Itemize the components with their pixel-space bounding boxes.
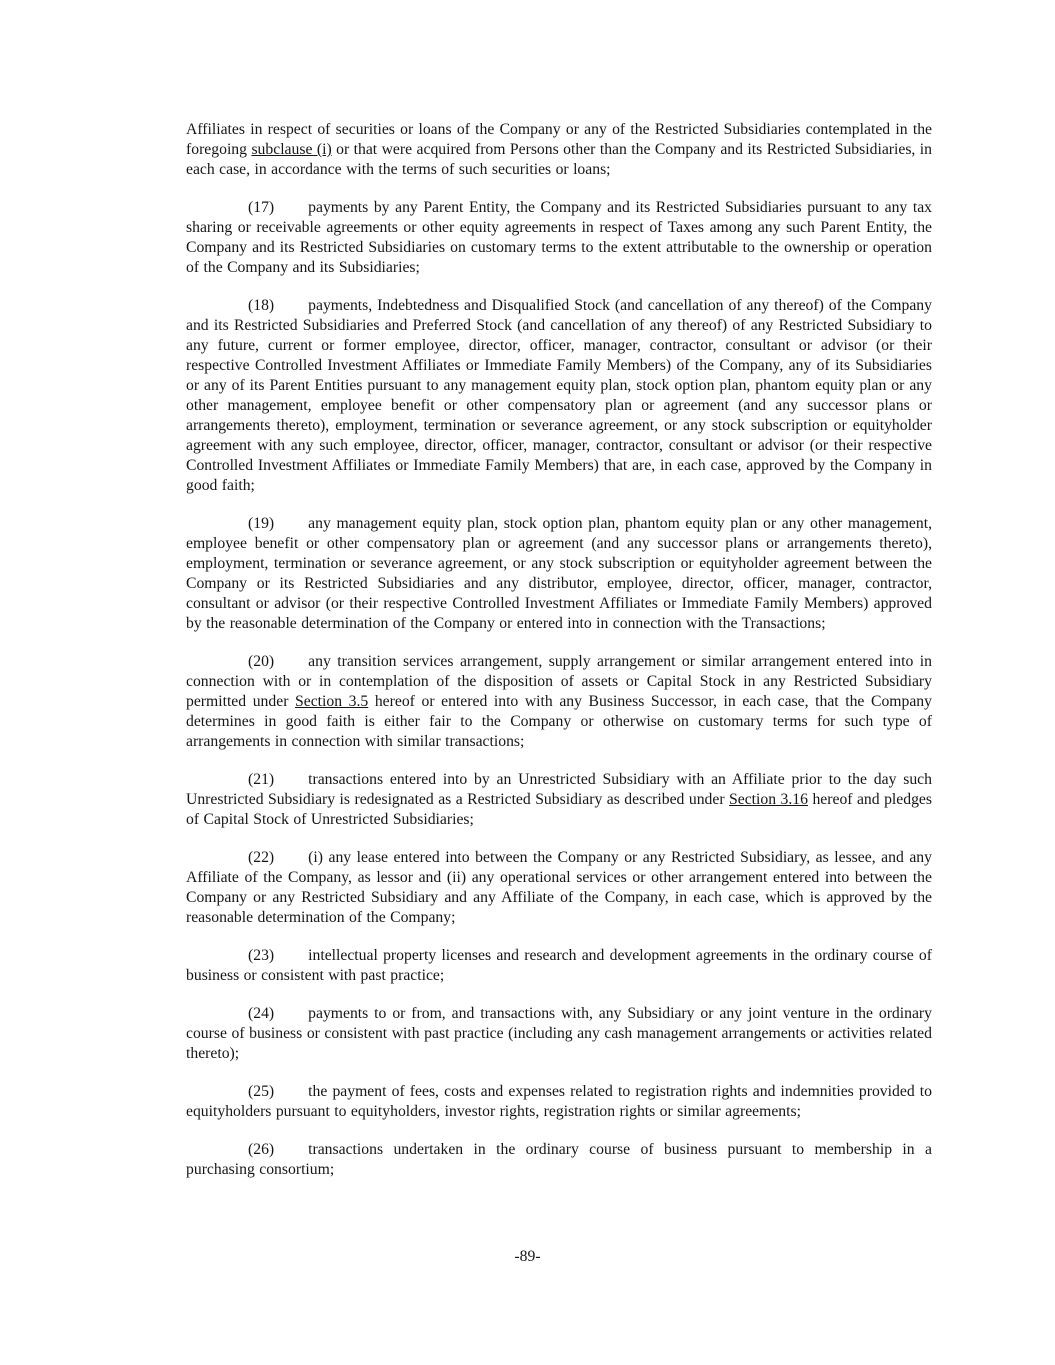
- document-body: Affiliates in respect of securities or l…: [186, 120, 932, 1198]
- document-paragraph: (26)transactions undertaken in the ordin…: [186, 1140, 932, 1180]
- paragraph-text: the payment of fees, costs and expenses …: [186, 1083, 932, 1120]
- section-3-5-reference: Section 3.5: [295, 693, 368, 710]
- document-paragraph: (25)the payment of fees, costs and expen…: [186, 1082, 932, 1122]
- document-paragraph: (22)(i) any lease entered into between t…: [186, 848, 932, 928]
- document-paragraph: (20)any transition services arrangement,…: [186, 652, 932, 752]
- paragraph-number: (25): [248, 1083, 274, 1100]
- paragraph-number: (23): [248, 947, 274, 964]
- paragraph-text: transactions entered into by an Unrestri…: [186, 771, 932, 828]
- paragraph-text: intellectual property licenses and resea…: [186, 947, 932, 984]
- page-number: -89-: [0, 1247, 1055, 1267]
- paragraph-number: (26): [248, 1141, 274, 1158]
- paragraph-text: any transition services arrangement, sup…: [186, 653, 932, 750]
- text-run: (i) any lease entered into between the C…: [186, 849, 932, 926]
- text-run: transactions undertaken in the ordinary …: [186, 1141, 932, 1178]
- paragraph-text: any management equity plan, stock option…: [186, 515, 932, 632]
- text-run: payments by any Parent Entity, the Compa…: [186, 199, 932, 276]
- paragraph-number: (24): [248, 1005, 274, 1022]
- subclause-i-reference: subclause (i): [251, 141, 331, 158]
- text-run: payments, Indebtedness and Disqualified …: [186, 297, 932, 494]
- paragraph-text: payments to or from, and transactions wi…: [186, 1005, 932, 1062]
- text-run: payments to or from, and transactions wi…: [186, 1005, 932, 1062]
- paragraph-number: (22): [248, 849, 274, 866]
- document-paragraph: (19)any management equity plan, stock op…: [186, 514, 932, 634]
- paragraph-text: transactions undertaken in the ordinary …: [186, 1141, 932, 1178]
- paragraph-number: (20): [248, 653, 274, 670]
- paragraph-text: Affiliates in respect of securities or l…: [186, 121, 932, 178]
- paragraph-text: (i) any lease entered into between the C…: [186, 849, 932, 926]
- document-paragraph: (18)payments, Indebtedness and Disqualif…: [186, 296, 932, 496]
- section-3-16-reference: Section 3.16: [729, 791, 808, 808]
- text-run: intellectual property licenses and resea…: [186, 947, 932, 984]
- document-paragraph: (24)payments to or from, and transaction…: [186, 1004, 932, 1064]
- paragraph-number: (18): [248, 297, 274, 314]
- text-run: any management equity plan, stock option…: [186, 515, 932, 632]
- paragraph-number: (17): [248, 199, 274, 216]
- document-page: Affiliates in respect of securities or l…: [0, 0, 1055, 1365]
- document-paragraph: Affiliates in respect of securities or l…: [186, 120, 932, 180]
- paragraph-text: payments, Indebtedness and Disqualified …: [186, 297, 932, 494]
- paragraph-number: (21): [248, 771, 274, 788]
- document-paragraph: (17)payments by any Parent Entity, the C…: [186, 198, 932, 278]
- document-paragraph: (21)transactions entered into by an Unre…: [186, 770, 932, 830]
- text-run: the payment of fees, costs and expenses …: [186, 1083, 932, 1120]
- document-paragraph: (23)intellectual property licenses and r…: [186, 946, 932, 986]
- paragraph-number: (19): [248, 515, 274, 532]
- paragraph-text: payments by any Parent Entity, the Compa…: [186, 199, 932, 276]
